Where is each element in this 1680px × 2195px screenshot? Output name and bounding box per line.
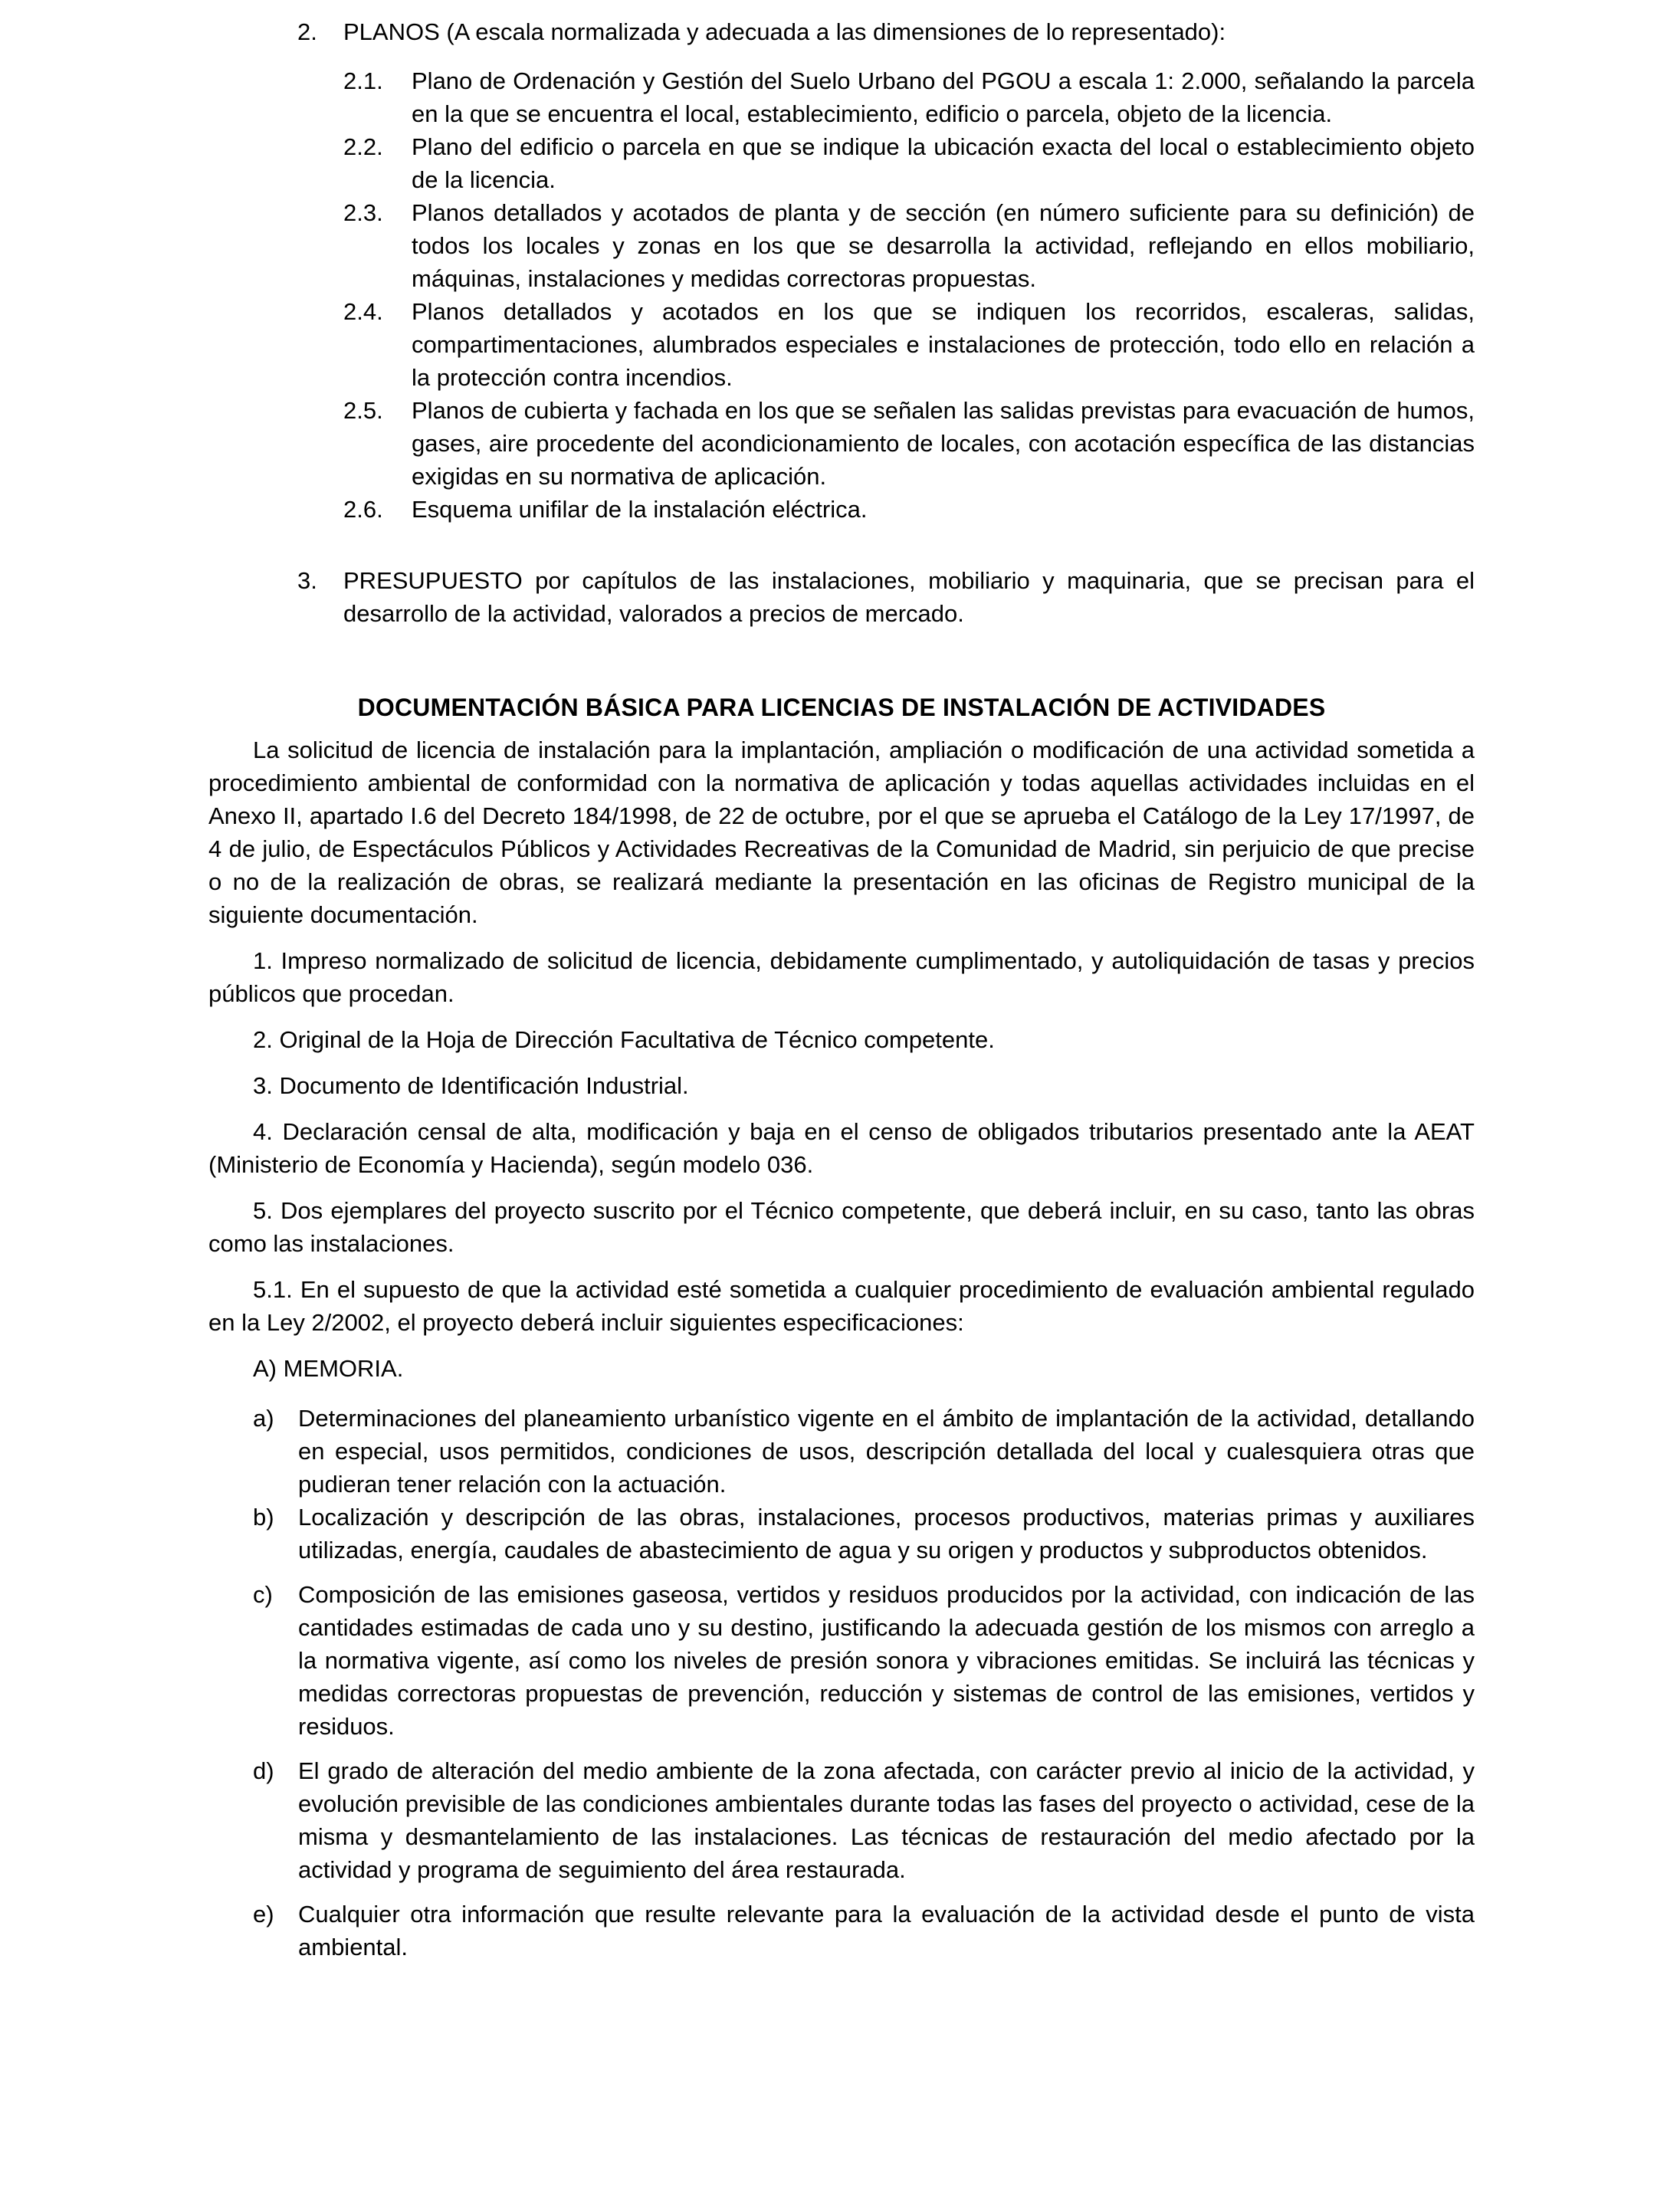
requirement-5: 5. Dos ejemplares del proyecto suscrito … bbox=[208, 1194, 1475, 1260]
sub-number: 2.5. bbox=[343, 394, 383, 427]
item-text: El grado de alteración del medio ambient… bbox=[298, 1757, 1475, 1883]
sub-number: 2.1. bbox=[343, 64, 383, 97]
sub-number: 2.4. bbox=[343, 295, 383, 328]
sub-item-2-3: 2.3. Planos detallados y acotados de pla… bbox=[208, 196, 1475, 295]
sub-text: Esquema unifilar de la instalación eléct… bbox=[412, 496, 867, 523]
sub-text: Plano del edificio o parcela en que se i… bbox=[412, 133, 1475, 193]
item-letter: c) bbox=[253, 1578, 273, 1611]
item-text: Localización y descripción de las obras,… bbox=[298, 1504, 1475, 1563]
sub-item-2-5: 2.5. Planos de cubierta y fachada en los… bbox=[208, 394, 1475, 493]
sub-text: Planos detallados y acotados de planta y… bbox=[412, 199, 1475, 292]
requirement-4: 4. Declaración censal de alta, modificac… bbox=[208, 1115, 1475, 1181]
sub-item-2-4: 2.4. Planos detallados y acotados en los… bbox=[208, 295, 1475, 394]
item-text: Cualquier otra información que resulte r… bbox=[298, 1901, 1475, 1960]
spacer bbox=[208, 630, 1475, 691]
sub-item-2-6: 2.6. Esquema unifilar de la instalación … bbox=[208, 493, 1475, 526]
list-number: 2. bbox=[297, 15, 317, 48]
sub-item-2-1: 2.1. Plano de Ordenación y Gestión del S… bbox=[208, 64, 1475, 130]
item-letter: d) bbox=[253, 1754, 274, 1787]
requirement-1: 1. Impreso normalizado de solicitud de l… bbox=[208, 944, 1475, 1010]
sub-number: 2.3. bbox=[343, 196, 383, 229]
item-text: Determinaciones del planeamiento urbanís… bbox=[298, 1405, 1475, 1498]
item-text: Composición de las emisiones gaseosa, ve… bbox=[298, 1581, 1475, 1740]
memoria-item-c: c) Composición de las emisiones gaseosa,… bbox=[208, 1578, 1475, 1743]
document-page: 2. PLANOS (A escala normalizada y adecua… bbox=[208, 15, 1475, 1964]
requirement-3: 3. Documento de Identificación Industria… bbox=[208, 1069, 1475, 1102]
memoria-item-d: d) El grado de alteración del medio ambi… bbox=[208, 1754, 1475, 1886]
list-number: 3. bbox=[297, 564, 317, 597]
sub-text: Plano de Ordenación y Gestión del Suelo … bbox=[412, 67, 1475, 127]
spacer bbox=[208, 526, 1475, 564]
item-letter: a) bbox=[253, 1402, 274, 1435]
memoria-title: A) MEMORIA. bbox=[208, 1352, 1475, 1385]
memoria-item-e: e) Cualquier otra información que result… bbox=[208, 1898, 1475, 1964]
section-text: PRESUPUESTO por capítulos de las instala… bbox=[343, 567, 1475, 627]
memoria-item-a: a) Determinaciones del planeamiento urba… bbox=[208, 1402, 1475, 1501]
sub-text: Planos detallados y acotados en los que … bbox=[412, 298, 1475, 391]
sub-number: 2.2. bbox=[343, 130, 383, 163]
sub-item-2-2: 2.2. Plano del edificio o parcela en que… bbox=[208, 130, 1475, 196]
item-letter: e) bbox=[253, 1898, 274, 1931]
requirement-5-1: 5.1. En el supuesto de que la actividad … bbox=[208, 1273, 1475, 1339]
list-item-planos: 2. PLANOS (A escala normalizada y adecua… bbox=[208, 15, 1475, 48]
intro-paragraph: La solicitud de licencia de instalación … bbox=[208, 733, 1475, 931]
list-item-presupuesto: 3. PRESUPUESTO por capítulos de las inst… bbox=[208, 564, 1475, 630]
section-heading: DOCUMENTACIÓN BÁSICA PARA LICENCIAS DE I… bbox=[208, 691, 1475, 724]
memoria-item-b: b) Localización y descripción de las obr… bbox=[208, 1501, 1475, 1567]
item-letter: b) bbox=[253, 1501, 274, 1534]
sub-number: 2.6. bbox=[343, 493, 383, 526]
section-title: PLANOS (A escala normalizada y adecuada … bbox=[343, 18, 1226, 45]
requirement-2: 2. Original de la Hoja de Dirección Facu… bbox=[208, 1023, 1475, 1056]
sub-text: Planos de cubierta y fachada en los que … bbox=[412, 397, 1475, 490]
